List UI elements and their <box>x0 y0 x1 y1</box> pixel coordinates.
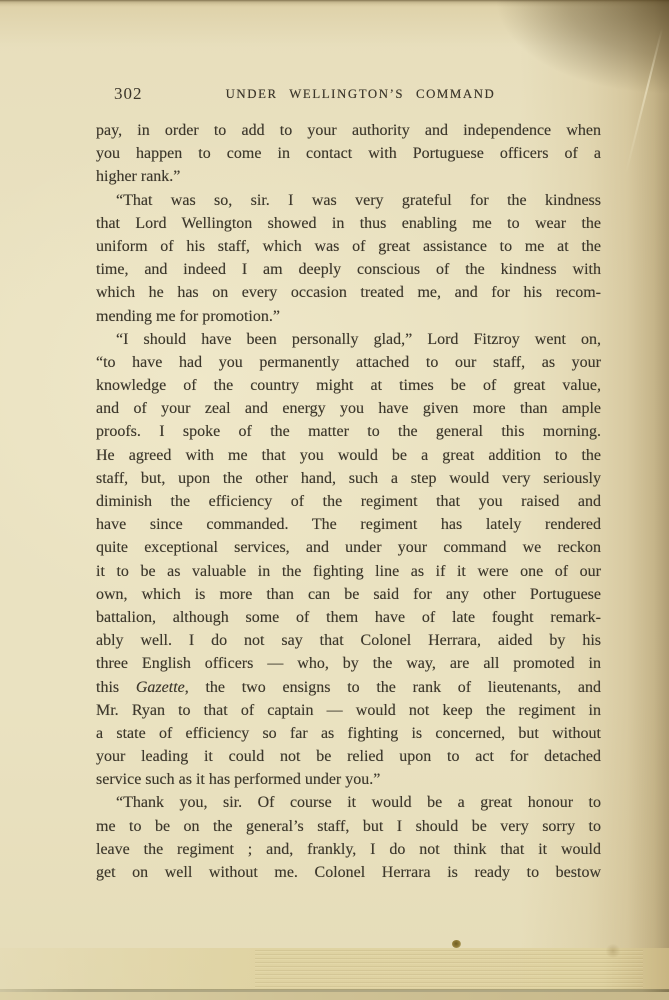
page-edges-striations <box>255 950 643 988</box>
text-line: higher rank.” <box>96 165 601 188</box>
paragraph: “Thank you, sir. Of course it would be a… <box>96 791 601 884</box>
text-line: have since commanded. The regiment has l… <box>96 513 601 536</box>
paragraph: “I should have been personally glad,” Lo… <box>96 328 601 792</box>
text-line: quite exceptional services, and under yo… <box>96 536 601 559</box>
text-line: three English officers — who, by the way… <box>96 652 601 675</box>
text-line: your leading it could not be relied upon… <box>96 745 601 768</box>
faint-smudge <box>605 944 621 958</box>
running-header: 302 UNDER WELLINGTON’S COMMAND <box>96 84 601 104</box>
text-line: get on well without me. Colonel Herrara … <box>96 861 601 884</box>
text-line: time, and indeed I am deeply conscious o… <box>96 258 601 281</box>
book-page-scan: 302 UNDER WELLINGTON’S COMMAND pay, in o… <box>0 0 669 1000</box>
text-line: knowledge of the country might at times … <box>96 374 601 397</box>
text-line: ably well. I do not say that Colonel Her… <box>96 629 601 652</box>
text-line: that Lord Wellington showed in thus enab… <box>96 212 601 235</box>
text-run: , the two ensigns to the rank of lieuten… <box>185 679 601 696</box>
text-line: “That was so, sir. I was very grateful f… <box>96 189 601 212</box>
text-block: pay, in order to add to your authority a… <box>96 119 601 884</box>
text-line: He agreed with me that you would be a gr… <box>96 444 601 467</box>
text-line: a state of efficiency so far as fighting… <box>96 722 601 745</box>
text-line: own, which is more than can be said for … <box>96 583 601 606</box>
paragraph: pay, in order to add to your authority a… <box>96 119 601 189</box>
italic-word: Gazette <box>136 679 185 696</box>
text-line: staff, but, upon the other hand, such a … <box>96 467 601 490</box>
text-line: mending me for promotion.” <box>96 305 601 328</box>
text-line: leave the regiment ; and, frankly, I do … <box>96 838 601 861</box>
text-line: “I should have been personally glad,” Lo… <box>96 328 601 351</box>
text-line: me to be on the general’s staff, but I s… <box>96 815 601 838</box>
text-line: service such as it has performed under y… <box>96 768 601 791</box>
text-run: this <box>96 679 136 696</box>
page-edges-band <box>0 948 669 990</box>
text-line: battalion, although some of them have of… <box>96 606 601 629</box>
running-title: UNDER WELLINGTON’S COMMAND <box>96 84 601 102</box>
paragraph: “That was so, sir. I was very grateful f… <box>96 189 601 328</box>
text-line: which he has on every occasion treated m… <box>96 281 601 304</box>
text-line: “Thank you, sir. Of course it would be a… <box>96 791 601 814</box>
ink-speck <box>452 940 461 948</box>
text-line: this Gazette, the two ensigns to the ran… <box>96 676 601 699</box>
text-line: you happen to come in contact with Portu… <box>96 142 601 165</box>
text-line: diminish the efficiency of the regiment … <box>96 490 601 513</box>
text-line: proofs. I spoke of the matter to the gen… <box>96 420 601 443</box>
page-number: 302 <box>114 84 143 104</box>
text-line: and of your zeal and energy you have giv… <box>96 397 601 420</box>
text-line: it to be as valuable in the fighting lin… <box>96 560 601 583</box>
text-line: uniform of his staff, which was of great… <box>96 235 601 258</box>
bottom-edge-strip <box>0 992 669 1000</box>
text-line: “to have had you permanently attached to… <box>96 351 601 374</box>
text-line: Mr. Ryan to that of captain — would not … <box>96 699 601 722</box>
text-line: pay, in order to add to your authority a… <box>96 119 601 142</box>
